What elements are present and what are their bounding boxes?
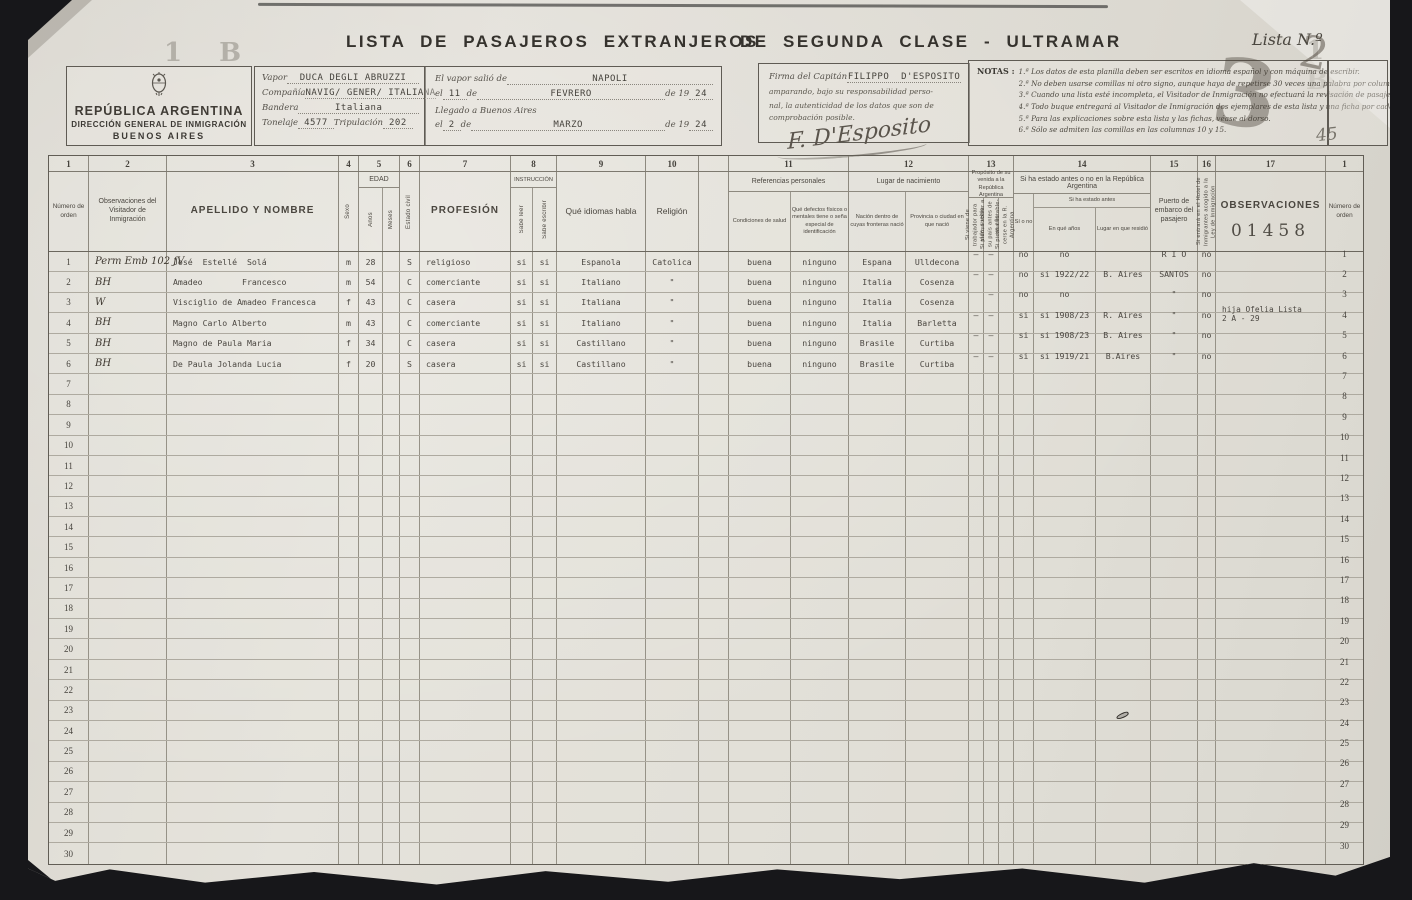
cell-puerto (1151, 558, 1198, 577)
cell-def (791, 599, 849, 618)
cell-sex (339, 741, 359, 760)
cell-anos (1034, 415, 1096, 434)
cell-text: 9 (66, 420, 71, 430)
cell-mon (383, 537, 400, 556)
cell-idioma (557, 660, 646, 679)
cell-prof (420, 680, 511, 699)
cell-text: " (670, 297, 675, 307)
cell-text: Curtiba (920, 359, 955, 369)
cell-hotel (1198, 599, 1216, 618)
cell-leer (511, 578, 533, 597)
captain-box: Firma del CapitánFILIPPO D'ESPOSITO ampa… (758, 63, 970, 143)
cell-age (359, 803, 383, 822)
cell-anos (1034, 517, 1096, 536)
cell-anos (1034, 639, 1096, 658)
cell-hand (89, 721, 167, 740)
cell-text: si (517, 257, 527, 267)
cell-text: 6 (66, 359, 71, 369)
stamp-1b-left: 1 B (164, 38, 255, 68)
cell-name (167, 578, 339, 597)
table-header-row: Número de orden Observaciones del Visita… (49, 172, 1363, 252)
cell-salud (729, 843, 791, 863)
header-sabe-leer: Sabe leer (519, 205, 525, 233)
cell-hand (89, 578, 167, 597)
cell-sino (1014, 762, 1034, 781)
cell-p3 (999, 334, 1014, 353)
header-si-o-no: Sí o no (1014, 194, 1034, 251)
cell-text: 22 (1340, 677, 1349, 687)
cell-lugar (1096, 660, 1151, 679)
cell-sex (339, 558, 359, 577)
header-profesion: PROFESIÓN (431, 172, 499, 251)
cell-def (791, 803, 849, 822)
table-row: 4BHMagno Carlo Albertom43Ccomerciantesis… (49, 313, 1363, 333)
cell-text: casera (426, 359, 456, 369)
cell-name: José Estellé Solá (167, 252, 339, 271)
cell-esc (533, 578, 557, 597)
cell-rel: " (646, 334, 699, 353)
cell-salud (729, 701, 791, 720)
cell-text: 30 (1340, 841, 1349, 851)
cell-obs (1216, 741, 1326, 760)
cell-salud (729, 599, 791, 618)
cell-p1 (969, 639, 984, 658)
tonelaje-label: Tonelaje (262, 118, 298, 128)
cell-x1 (699, 252, 729, 271)
cell-text: 11 (1340, 453, 1349, 463)
cell-x1 (699, 415, 729, 434)
cell-esc: si (533, 313, 557, 332)
cell-hotel (1198, 782, 1216, 801)
header-sabe-escribir: Sabe escribir (542, 200, 548, 239)
cell-p3 (999, 762, 1014, 781)
cell-sino (1014, 558, 1034, 577)
table-row: 2727 (49, 782, 1363, 802)
cell-text: buena (747, 277, 772, 287)
cell-age (359, 823, 383, 842)
cell-prof (420, 497, 511, 516)
cell-text: " (670, 277, 675, 287)
de-label: de (467, 89, 477, 99)
col-num: 3 (167, 156, 339, 171)
cell-text: W (95, 297, 105, 308)
cell-text: comerciante (426, 318, 480, 328)
cell-sino (1014, 415, 1034, 434)
cell-salud (729, 537, 791, 556)
cell-n: 14 (49, 517, 89, 536)
cell-p3 (999, 578, 1014, 597)
cell-def (791, 782, 849, 801)
cell-text: 14 (64, 522, 73, 532)
cell-mon (383, 599, 400, 618)
cell-civ (400, 599, 420, 618)
cell-hotel (1198, 701, 1216, 720)
page-title-left: LISTA DE PASAJEROS EXTRANJEROS (346, 32, 759, 52)
cell-def: ninguno (791, 313, 849, 332)
cell-hand (89, 782, 167, 801)
table-row: 2BHAmadeo Francescom54CcomerciantesisiIt… (49, 272, 1363, 292)
cell-sino (1014, 374, 1034, 393)
cell-prof (420, 456, 511, 475)
cell-idioma (557, 599, 646, 618)
cell-salud (729, 639, 791, 658)
cell-civ (400, 762, 420, 781)
cell-text: si (1019, 330, 1029, 340)
cell-mon (383, 334, 400, 353)
cell-text: 34 (366, 338, 376, 348)
cell-hotel (1198, 619, 1216, 638)
cell-idioma (557, 395, 646, 414)
cell-p2 (984, 741, 999, 760)
cell-prof (420, 395, 511, 414)
cell-n: 18 (49, 599, 89, 618)
cell-puerto (1151, 741, 1198, 760)
cell-salud (729, 721, 791, 740)
cell-rel (646, 436, 699, 455)
cell-prof: comerciante (420, 272, 511, 291)
cell-text: S (407, 257, 412, 267)
cell-text: si (540, 338, 550, 348)
cell-def (791, 395, 849, 414)
cell-text: si (540, 359, 550, 369)
cell-def (791, 537, 849, 556)
cell-obs (1216, 476, 1326, 495)
cell-esc: si (533, 334, 557, 353)
cell-text: comerciante (426, 277, 480, 287)
ano-llegada: 24 (689, 120, 713, 131)
header-nacion: Nación dentro de cuyas fronteras nació (849, 192, 906, 251)
cell-prov: Curtiba (906, 354, 969, 373)
tripulacion-label: Tripulación (334, 118, 383, 128)
cell-esc: si (533, 293, 557, 312)
cell-hand (89, 619, 167, 638)
cell-text: – (974, 310, 979, 320)
cell-civ: C (400, 293, 420, 312)
cell-def (791, 762, 849, 781)
cell-n: 13 (49, 497, 89, 516)
cell-x1 (699, 762, 729, 781)
cell-hand (89, 762, 167, 781)
cell-age: 43 (359, 313, 383, 332)
cell-leer: si (511, 313, 533, 332)
cell-text: 43 (366, 297, 376, 307)
cell-text: no (1202, 249, 1212, 259)
header-obs-visitador: Observaciones del Visitador de Inmigraci… (89, 172, 166, 251)
cell-text: Italia (862, 318, 892, 328)
cell-text: 20 (1340, 636, 1349, 646)
salio-port: NAPOLI (507, 74, 713, 85)
cell-name (167, 517, 339, 536)
table-row: 1616 (49, 558, 1363, 578)
cell-puerto (1151, 843, 1198, 863)
cell-text: 19 (1340, 616, 1349, 626)
cell-idioma (557, 415, 646, 434)
cell-nacion (849, 497, 906, 516)
cell-name: Magno Carlo Alberto (167, 313, 339, 332)
cell-civ (400, 578, 420, 597)
cell-mon (383, 741, 400, 760)
cell-mon (383, 293, 400, 312)
cell-prov (906, 762, 969, 781)
cell-obs (1216, 619, 1326, 638)
cell-text: 17 (1340, 575, 1349, 585)
cell-salud (729, 762, 791, 781)
cell-mon (383, 395, 400, 414)
cell-name (167, 599, 339, 618)
cell-hotel (1198, 721, 1216, 740)
cell-rel (646, 803, 699, 822)
cell-idioma (557, 517, 646, 536)
cell-text: " (670, 338, 675, 348)
cell-nacion (849, 721, 906, 740)
cell-text: 1 (66, 257, 71, 267)
cell-name: Visciglio de Amadeo Francesca (167, 293, 339, 312)
cell-sex (339, 823, 359, 842)
cell-x1 (699, 293, 729, 312)
cell-salud (729, 619, 791, 638)
cell-mon (383, 558, 400, 577)
cell-age: 34 (359, 334, 383, 353)
cell-hotel (1198, 395, 1216, 414)
cell-age (359, 721, 383, 740)
cell-def (791, 497, 849, 516)
cell-text: BH (95, 317, 111, 328)
cell-mon (383, 313, 400, 332)
cell-text: – (989, 269, 994, 279)
table-row: 1414 (49, 517, 1363, 537)
cell-rel (646, 823, 699, 842)
cell-salud: buena (729, 354, 791, 373)
cell-text: no (1202, 289, 1212, 299)
cell-hotel (1198, 741, 1216, 760)
header-referencias: Referencias personales (729, 172, 848, 192)
cell-prov (906, 823, 969, 842)
header-defectos: Qué defectos físicos o mentales tiene o … (791, 192, 848, 251)
argentina-coat-of-arms-icon (149, 71, 169, 102)
cell-prov: Cosenza (906, 272, 969, 291)
cell-anos (1034, 660, 1096, 679)
cell-nacion (849, 517, 906, 536)
cell-esc (533, 701, 557, 720)
cell-n: 26 (49, 762, 89, 781)
cell-sex (339, 762, 359, 781)
cell-p2 (984, 456, 999, 475)
cell-mon (383, 843, 400, 863)
cell-idioma (557, 374, 646, 393)
cell-anos (1034, 803, 1096, 822)
cell-hotel (1198, 578, 1216, 597)
cell-p1 (969, 374, 984, 393)
tripulacion-value: 202 (383, 118, 413, 129)
cell-prof (420, 436, 511, 455)
cell-nacion (849, 374, 906, 393)
cell-text: 21 (64, 665, 73, 675)
cell-anos (1034, 456, 1096, 475)
cell-p2 (984, 803, 999, 822)
cell-text: BH (95, 277, 111, 288)
cell-text: 1 (1342, 249, 1347, 259)
cell-esc (533, 374, 557, 393)
cell-hotel (1198, 660, 1216, 679)
cell-hotel (1198, 517, 1216, 536)
cell-sex: f (339, 293, 359, 312)
cell-lugar (1096, 823, 1151, 842)
cell-sex (339, 721, 359, 740)
cell-n: 24 (49, 721, 89, 740)
cell-idioma (557, 721, 646, 740)
cell-obs (1216, 537, 1326, 556)
cell-idioma (557, 476, 646, 495)
cell-text: 17 (64, 583, 73, 593)
cell-def (791, 374, 849, 393)
table-row: 2020 (49, 639, 1363, 659)
col-num (699, 156, 729, 171)
cell-leer: si (511, 272, 533, 291)
cell-obs (1216, 456, 1326, 475)
cell-text: no (1202, 310, 1212, 320)
cell-x1 (699, 313, 729, 332)
cell-obs (1216, 374, 1326, 393)
voyage-box: El vapor salió deNAPOLI el11 deFEVRERO d… (424, 66, 722, 146)
cell-hotel (1198, 497, 1216, 516)
cell-salud (729, 497, 791, 516)
cell-x1 (699, 639, 729, 658)
cell-anos (1034, 476, 1096, 495)
header-blank-col (699, 172, 729, 251)
cell-rel (646, 578, 699, 597)
cell-nacion (849, 741, 906, 760)
cell-lugar (1096, 639, 1151, 658)
cell-esc (533, 762, 557, 781)
cell-leer (511, 680, 533, 699)
cell-hand: W (89, 293, 167, 312)
cell-lugar (1096, 843, 1151, 863)
cell-hand: Perm Emb 102 ƒV (89, 252, 167, 271)
col-num: 6 (400, 156, 420, 171)
cell-age (359, 639, 383, 658)
cell-civ (400, 456, 420, 475)
cell-text: si (517, 318, 527, 328)
cell-mon (383, 701, 400, 720)
cell-lugar (1096, 721, 1151, 740)
cell-mon (383, 497, 400, 516)
cell-text: 13 (1340, 493, 1349, 503)
cell-x1 (699, 741, 729, 760)
cell-mon (383, 354, 400, 373)
cell-p1 (969, 415, 984, 434)
cell-idioma (557, 537, 646, 556)
cell-n: 15 (49, 537, 89, 556)
cell-p3 (999, 803, 1014, 822)
page-title-right: DE SEGUNDA CLASE - ULTRAMAR (740, 32, 1122, 52)
cell-prov (906, 843, 969, 863)
cell-text: Cosenza (920, 277, 955, 287)
col-num: 1 (49, 156, 89, 171)
cell-text: Curtiba (920, 338, 955, 348)
cell-text: 26 (1340, 758, 1349, 768)
table-row: 1111 (49, 456, 1363, 476)
cell-p2 (984, 660, 999, 679)
cell-text: R I O (1162, 249, 1187, 259)
table-row: 2121 (49, 660, 1363, 680)
cell-leer (511, 619, 533, 638)
cell-hotel (1198, 558, 1216, 577)
cell-prov (906, 721, 969, 740)
cell-anos (1034, 701, 1096, 720)
cell-hand (89, 537, 167, 556)
cell-anos (1034, 721, 1096, 740)
header-en-que-anos: En qué años (1034, 208, 1096, 251)
cell-lugar (1096, 476, 1151, 495)
cell-rel (646, 415, 699, 434)
col-num: 1 (1326, 156, 1363, 171)
cell-prof (420, 782, 511, 801)
cell-p2 (984, 823, 999, 842)
cell-p1 (969, 762, 984, 781)
cell-text: 16 (64, 563, 73, 573)
cell-anos (1034, 578, 1096, 597)
cell-text: si (1019, 351, 1029, 361)
cell-p1 (969, 517, 984, 536)
cell-rel (646, 619, 699, 638)
cell-leer (511, 537, 533, 556)
cell-sex (339, 639, 359, 658)
cell-prov: Ulldecona (906, 252, 969, 271)
cell-rel (646, 701, 699, 720)
cell-sex (339, 517, 359, 536)
cell-n: 23 (49, 701, 89, 720)
cell-text: C (407, 277, 412, 287)
cell-leer (511, 436, 533, 455)
cell-sex (339, 680, 359, 699)
cell-text: 29 (64, 828, 73, 838)
cell-nacion: Espana (849, 252, 906, 271)
cell-idioma (557, 823, 646, 842)
cell-prov (906, 456, 969, 475)
llegado-label: Llegado a Buenos Aires (435, 106, 537, 116)
cell-idioma (557, 680, 646, 699)
cell-p3 (999, 639, 1014, 658)
cell-nacion (849, 415, 906, 434)
cell-salud: buena (729, 313, 791, 332)
cell-rel (646, 599, 699, 618)
cell-puerto (1151, 639, 1198, 658)
cell-anos (1034, 782, 1096, 801)
cell-p1 (969, 843, 984, 863)
cell-idioma (557, 497, 646, 516)
cell-age: 20 (359, 354, 383, 373)
cell-text: 4 (1342, 310, 1347, 320)
cell-age (359, 762, 383, 781)
cell-text: 10 (64, 440, 73, 450)
cell-nacion (849, 782, 906, 801)
cell-hotel (1198, 803, 1216, 822)
cell-text: m (346, 257, 351, 267)
cell-def: ninguno (791, 272, 849, 291)
cell-anos (1034, 395, 1096, 414)
cell-lugar (1096, 782, 1151, 801)
cell-x1 (699, 537, 729, 556)
cell-puerto (1151, 599, 1198, 618)
cell-p1 (969, 537, 984, 556)
title-band: 1 B LISTA DE PASAJEROS EXTRANJEROS DE SE… (28, 18, 1390, 62)
cell-text: si (540, 297, 550, 307)
cell-idioma (557, 578, 646, 597)
cell-anos (1034, 823, 1096, 842)
header-puerto: Puerto de embarco del pasajero (1151, 172, 1197, 251)
cell-nacion: Italia (849, 272, 906, 291)
cell-sino (1014, 476, 1034, 495)
